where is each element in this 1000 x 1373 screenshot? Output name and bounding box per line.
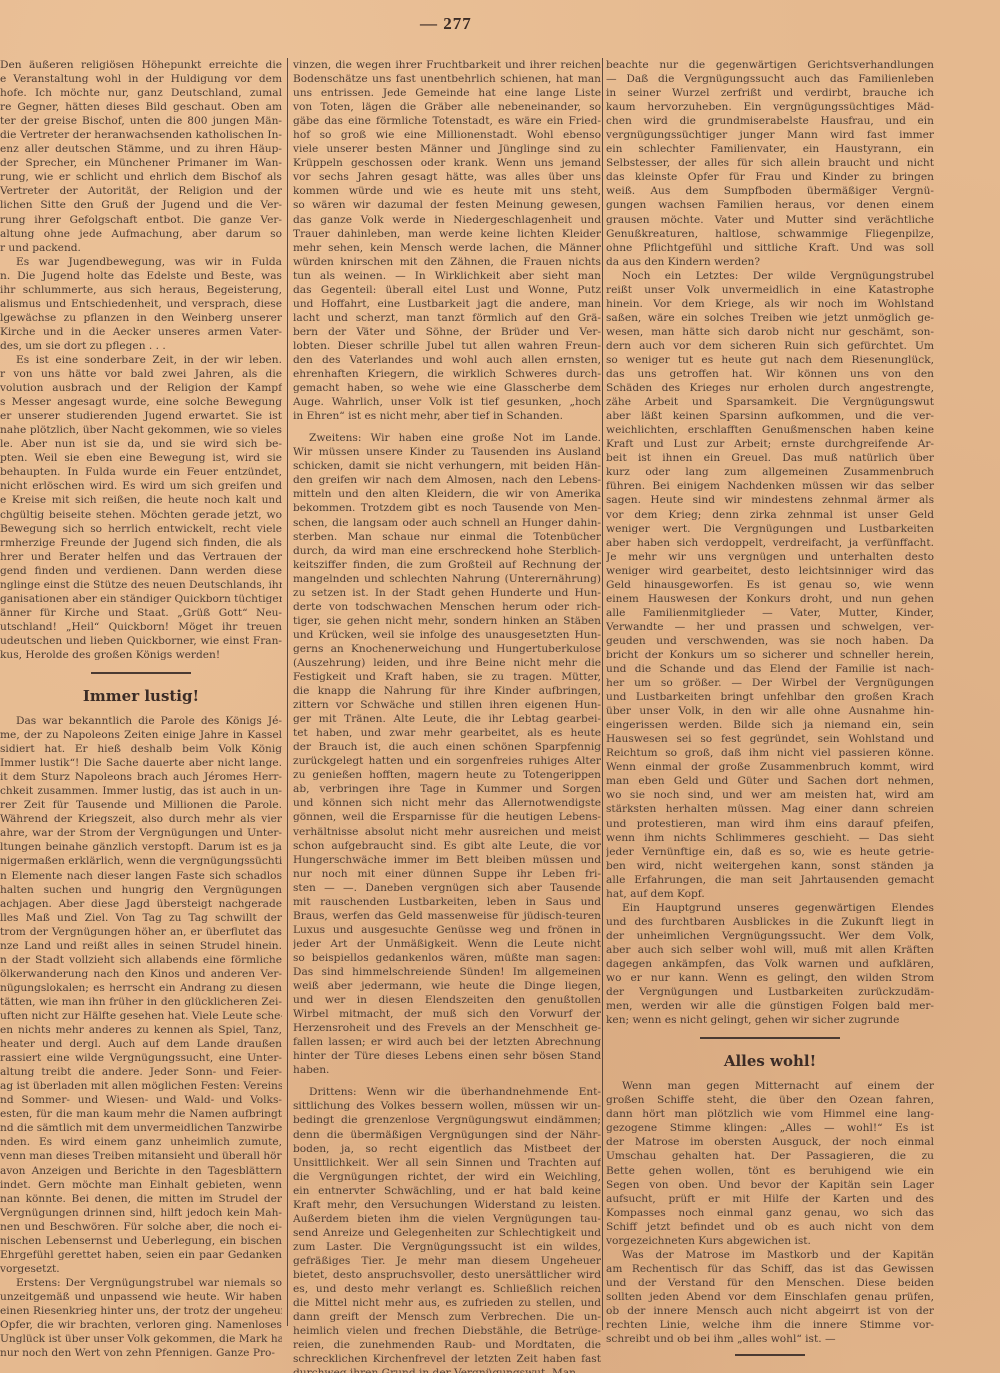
text-line: unzeitgemäß und unpassend wie heute. Wir… bbox=[0, 1290, 282, 1304]
text-line: reißt unser Volk unvermeidlich in eine K… bbox=[606, 283, 934, 297]
text-line: vorgesetzt. bbox=[0, 1262, 282, 1276]
text-line: Es war Jugendbewegung, was wir in Fulda bbox=[0, 255, 282, 269]
paragraph-gap bbox=[293, 423, 601, 431]
text-line: it dem Sturz Napoleons brach auch Jérome… bbox=[0, 770, 282, 784]
text-line: Was der Matrose im Mastkorb und der Kapi… bbox=[606, 1248, 934, 1262]
text-line: Bewegung sich so herrlich entwickelt, re… bbox=[0, 522, 282, 536]
text-line: nd Sommer- und Wiesen- und Wald- und Vol… bbox=[0, 1093, 282, 1107]
text-line: einen Riesenkrieg hinter uns, der trotz … bbox=[0, 1304, 282, 1318]
text-line: am Rechentisch für das Schiff, das ist d… bbox=[606, 1262, 934, 1276]
text-line: verhältnisse absolut nicht mehr ausreich… bbox=[293, 825, 601, 839]
text-line: Vergnügungen drinnen sind, hilft jedoch … bbox=[0, 1206, 282, 1220]
text-line: volution ausbrach und der Religion der K… bbox=[0, 381, 282, 395]
text-line: nischen Lebensernst und Ueberlegung, ein… bbox=[0, 1234, 282, 1248]
text-line: kurz oder lang zum allgemeinen Zusammenb… bbox=[606, 465, 934, 479]
text-line: Während der Kriegszeit, also durch mehr … bbox=[0, 812, 282, 826]
text-line: dagegen ankämpfen, das Volk warnen und a… bbox=[606, 957, 934, 971]
text-line: gend finden und verdienen. Dann werden d… bbox=[0, 564, 282, 578]
text-line: aber auch sich selber wohl will, muß mit… bbox=[606, 943, 934, 957]
text-line: stärksten herhalten müssen. Mag einer da… bbox=[606, 802, 934, 816]
text-line: ob der innere Mensch auch nicht abgeirrt… bbox=[606, 1304, 934, 1318]
text-line: — Daß die Vergnügungssucht auch das Fami… bbox=[606, 72, 934, 86]
text-line: führen. Bei einigem Nachdenken müssen wi… bbox=[606, 479, 934, 493]
text-line: Hauswesen sei so fest gegründet, sein Wo… bbox=[606, 732, 934, 746]
text-line: so weniger tut es heute gut nach dem Rie… bbox=[606, 353, 934, 367]
text-line: hat, auf dem Kopf. bbox=[606, 887, 934, 901]
text-line: vinzen, die wegen ihrer Fruchtbarkeit un… bbox=[293, 58, 601, 72]
text-line: achjagen. Aber diese Jagd übersteigt nac… bbox=[0, 897, 282, 911]
text-line: kaum hervorzuheben. Ein vergnügungssücht… bbox=[606, 100, 934, 114]
text-line: die Mittel nicht mehr aus, es zufrieden … bbox=[293, 1296, 601, 1310]
text-line: gemacht haben, so wehe wie eine Glassche… bbox=[293, 381, 601, 395]
text-line: tet haben, und zwar mehr gearbeitet, als… bbox=[293, 726, 601, 740]
article-separator bbox=[91, 672, 191, 674]
text-line: r und packend. bbox=[0, 241, 282, 255]
text-line: nden. Es wird einem ganz unheimlich zumu… bbox=[0, 1135, 282, 1149]
article-separator bbox=[700, 1037, 840, 1039]
text-line: und Krücken, weil sie infolge des unausg… bbox=[293, 628, 601, 642]
page-number: — 277 bbox=[420, 14, 472, 34]
text-line: gefräßiges Tier. Je mehr man diesem Unge… bbox=[293, 1254, 601, 1268]
text-line: lles Maß und Ziel. Von Tag zu Tag schwil… bbox=[0, 911, 282, 925]
text-line: die knapp die Nahrung für ihre Kinder au… bbox=[293, 684, 601, 698]
text-line: Ehrgefühl gerettet haben, seien ein paar… bbox=[0, 1248, 282, 1262]
text-line: n. Die Jugend holte das Edelste und Best… bbox=[0, 269, 282, 283]
text-line: das ganze Volk werde in Niedergeschlagen… bbox=[293, 213, 601, 227]
text-line: (Auszehrung) leiden, und ihre Beine nich… bbox=[293, 656, 601, 670]
text-line: viele unserer besten Männer und Jüngling… bbox=[293, 142, 601, 156]
text-line: Unsittlichkeit. Wer all sein Sinnen und … bbox=[293, 1156, 601, 1170]
text-line: ab, verbringen ihre Tage in Kummer und S… bbox=[293, 782, 601, 796]
paragraph: Wenn man gegen Mitternacht auf einem der… bbox=[606, 1079, 934, 1248]
text-line: der Sprecher, ein Münchener Primaner im … bbox=[0, 156, 282, 170]
text-line: reien, die zunehmenden Raub- und Mordtat… bbox=[293, 1338, 601, 1352]
column-left: Den äußeren religiösen Höhepunkt erreich… bbox=[0, 58, 282, 1360]
text-line: des, um sie dort zu pflegen . . . bbox=[0, 339, 282, 353]
text-line: so wären wir dazumal der festen Meinung … bbox=[293, 198, 601, 212]
text-line: nglinge einst die Stütze des neuen Deuts… bbox=[0, 578, 282, 592]
text-line: schreibt und ob bei ihm „alles wohl“ ist… bbox=[606, 1332, 934, 1346]
text-line: denn die übermäßigen Vergnügungen sind d… bbox=[293, 1128, 601, 1142]
text-line: gungen wachsen Familien heraus, vor dene… bbox=[606, 198, 934, 212]
text-line: weichlichten, erschlafften Genußmenschen… bbox=[606, 423, 934, 437]
text-line: vor dem Krieg; denn zirka zehnmal ist un… bbox=[606, 508, 934, 522]
paragraph: Drittens: Wenn wir die überhandnehmende … bbox=[293, 1085, 601, 1373]
text-line: die Vergnügungen richtet, der wird ein W… bbox=[293, 1170, 601, 1184]
text-line: Den äußeren religiösen Höhepunkt erreich… bbox=[0, 58, 282, 72]
paragraph: Zweitens: Wir haben eine große Not im La… bbox=[293, 431, 601, 1077]
text-line: großen Schiffe steht, die über den Ozean… bbox=[606, 1093, 934, 1107]
paragraph: Das war bekanntlich die Parole des König… bbox=[0, 714, 282, 1276]
text-line: ihr schlummerte, aus sich heraus, Begeis… bbox=[0, 283, 282, 297]
article-headline: Alles wohl! bbox=[606, 1043, 934, 1079]
text-line: man eben Geld und Güter und Sachen dort … bbox=[606, 774, 934, 788]
text-line: zum Laster. Die Vergnügungssucht ist ein… bbox=[293, 1240, 601, 1254]
text-line: zurückgelegt hatten und ein sorgenfreies… bbox=[293, 754, 601, 768]
column-middle: vinzen, die wegen ihrer Fruchtbarkeit un… bbox=[293, 58, 601, 1373]
text-line: dann hört man plötzlich wie vom Himmel e… bbox=[606, 1107, 934, 1121]
text-line: und können sich nicht mehr das Allernotw… bbox=[293, 796, 601, 810]
text-line: nicht erlöschen wird. Es wird um sich gr… bbox=[0, 479, 282, 493]
text-line: ein entnervter Schwächling, und er hat b… bbox=[293, 1184, 601, 1198]
text-line: ahre, war der Strom der Vergnügungen und… bbox=[0, 826, 282, 840]
article-end-rule bbox=[735, 1354, 805, 1356]
text-line: en nichts mehr anderes zu kennen als Spi… bbox=[0, 1023, 282, 1037]
text-line: enz aller deutschen Stämme, und zu ihren… bbox=[0, 142, 282, 156]
text-line: Selbstesser, der alles für sich allein b… bbox=[606, 156, 934, 170]
text-line: lichen Sitte den Gruß der Jugend und die… bbox=[0, 198, 282, 212]
text-line: indet. Gern möchte man Einhalt gebieten,… bbox=[0, 1178, 282, 1192]
text-line: chgültig beiseite stehen. Möchten gerade… bbox=[0, 508, 282, 522]
text-line: sollten jeden Abend vor dem Einschlafen … bbox=[606, 1290, 934, 1304]
text-line: die Vertreter der heranwachsenden kathol… bbox=[0, 128, 282, 142]
text-line: kus, Herolde des großen Königs werden! bbox=[0, 648, 282, 662]
text-line: chkeit zusammen. Immer lustig, das ist a… bbox=[0, 784, 282, 798]
text-line: Umschau gehalten hat. Der Passagieren, d… bbox=[606, 1149, 934, 1163]
text-line: beit ist ihnen ein Greuel. Das muß natür… bbox=[606, 451, 934, 465]
text-line: schrecklichen Kirchenfrevel der letzten … bbox=[293, 1352, 601, 1366]
text-line: weniger wert. Die Vergnügungen und Lustb… bbox=[606, 522, 934, 536]
text-line: Wenn einmal der große Zusammenbruch komm… bbox=[606, 760, 934, 774]
text-line: e Veranstaltung wohl in der Huldigung vo… bbox=[0, 72, 282, 86]
text-line: r von uns hätte vor bald zwei Jahren, al… bbox=[0, 367, 282, 381]
text-line: Vertreter der Autorität, der Religion un… bbox=[0, 184, 282, 198]
text-line: re Gegner, hätten dieses Bild geschaut. … bbox=[0, 100, 282, 114]
text-line: schon aufgebraucht sind. Es gibt alte Le… bbox=[293, 839, 601, 853]
text-line: Kirche und in die Aecker unseres armen V… bbox=[0, 325, 282, 339]
text-line: chen wird die grundmiserabelste Hausfrau… bbox=[606, 114, 934, 128]
paragraph: vinzen, die wegen ihrer Fruchtbarkeit un… bbox=[293, 58, 601, 423]
paragraph: Noch ein Letztes: Der wilde Vergnügungst… bbox=[606, 269, 934, 901]
text-line: Schiff jetzt befindet und ob es auch nic… bbox=[606, 1220, 934, 1234]
text-line: lobten. Dieser schrille Jubel tut allen … bbox=[293, 339, 601, 353]
text-line: kommen würde und wie es heute mit uns st… bbox=[293, 184, 601, 198]
text-line: so beispiellos gedankenlos wären, müßte … bbox=[293, 951, 601, 965]
text-line: Segen von oben. Und bevor der Kapitän se… bbox=[606, 1178, 934, 1192]
text-line: rer Zeit für Tausende und Millionen die … bbox=[0, 798, 282, 812]
column-divider bbox=[287, 58, 288, 1326]
text-line: heater und dergl. Auch auf dem Lande dra… bbox=[0, 1037, 282, 1051]
text-line: Verwandte — her und prassen und schwelge… bbox=[606, 620, 934, 634]
text-line: behaupten. In Fulda wurde ein Feuer entz… bbox=[0, 465, 282, 479]
text-line: ein schlechter Familienvater, ein Hausty… bbox=[606, 142, 934, 156]
text-line: Kraft mehr, den Versuchungen Widerstand … bbox=[293, 1198, 601, 1212]
text-line: in seiner Wurzel zerfrißt und verdirbt, … bbox=[606, 86, 934, 100]
text-line: sagen. Heute sind wir mindestens zehnmal… bbox=[606, 493, 934, 507]
column-divider bbox=[602, 58, 603, 1330]
text-line: bedingt die grenzenlose Vergnügungswut e… bbox=[293, 1113, 601, 1127]
text-line: durchweg ihren Grund in der Vergnügungsw… bbox=[293, 1366, 601, 1373]
text-line: ter der greise Bischof, unten die 800 ju… bbox=[0, 114, 282, 128]
text-line: tiger, sie gehen nicht mehr, sondern hin… bbox=[293, 614, 601, 628]
text-line: der unheimlichen Vergnügungssucht. Wer d… bbox=[606, 929, 934, 943]
text-line: saßen, wäre ein solches Treiben wie jetz… bbox=[606, 311, 934, 325]
text-line: Immer lustik“! Die Sache dauerte aber ni… bbox=[0, 756, 282, 770]
text-line: wenn ihm nichts Schlimmeres geschieht. —… bbox=[606, 831, 934, 845]
text-line: bricht der Konkurs um so sicherer und sc… bbox=[606, 648, 934, 662]
text-line: keitsziffer finden, die zum Großteil auf… bbox=[293, 558, 601, 572]
text-line: Luxus und ausgesuchte Genüsse weg und fr… bbox=[293, 923, 601, 937]
text-line: esten, für die man kaum mehr die Namen a… bbox=[0, 1107, 282, 1121]
text-line: trom der Vergnügungen höher an, er überf… bbox=[0, 925, 282, 939]
text-line: Bodenschätze uns fast unentbehrlich schi… bbox=[293, 72, 601, 86]
text-line: dern auch vor dem sicheren Ruin sich gef… bbox=[606, 339, 934, 353]
text-line: das Gegenteil: überall eitel Lust und Wo… bbox=[293, 283, 601, 297]
paragraph: Ein Hauptgrund unseres gegenwärtigen Ele… bbox=[606, 901, 934, 1027]
text-line: lgewächse zu pflanzen in den Weinberg un… bbox=[0, 311, 282, 325]
text-line: heimlich vielen und frechen Diebstähle, … bbox=[293, 1324, 601, 1338]
text-line: aber haben sich verdoppelt, verdreifacht… bbox=[606, 536, 934, 550]
text-line: schen, die langsam oder auch schnell an … bbox=[293, 516, 601, 530]
text-line: und protestieren, man wird ihm eins dara… bbox=[606, 817, 934, 831]
text-line: n der Stadt vollzieht sich allabends ein… bbox=[0, 953, 282, 967]
text-line: nur noch den Wert von zehn Pfennigen. Ga… bbox=[0, 1346, 282, 1360]
text-line: derte von todschwachen Menschen herum od… bbox=[293, 600, 601, 614]
text-line: und des furchtbaren Ausblickes in die Zu… bbox=[606, 915, 934, 929]
text-line: nügungslokalen; es herrscht ein Andrang … bbox=[0, 981, 282, 995]
text-line: tätten, wie man ihn früher in den glückl… bbox=[0, 995, 282, 1009]
text-line: zähe Arbeit und Sparsamkeit. Die Vergnüg… bbox=[606, 395, 934, 409]
text-line: jeder Vernünftige ein, daß es so, wie es… bbox=[606, 845, 934, 859]
text-line: Festigkeit und Kraft haben, sie zu trage… bbox=[293, 670, 601, 684]
text-line: Das war bekanntlich die Parole des König… bbox=[0, 714, 282, 728]
text-line: der Matrose im obersten Ausguck, der noc… bbox=[606, 1135, 934, 1149]
text-line: alle Erfahrungen, die man seit Jahrtause… bbox=[606, 873, 934, 887]
text-line: nen und Beschwören. Für solche aber, die… bbox=[0, 1220, 282, 1234]
text-line: pten. Weil sie eben eine Bewegung ist, w… bbox=[0, 451, 282, 465]
text-line: alle Familienmitglieder — Vater, Mutter,… bbox=[606, 606, 934, 620]
text-line: Das sind himmelschreiende Sünden! Im all… bbox=[293, 965, 601, 979]
text-line: hinein. Vor dem Kriege, als wir noch im … bbox=[606, 297, 934, 311]
text-line: her um so größer. — Der Wirbel der Vergn… bbox=[606, 676, 934, 690]
text-line: udeutschen und lieben Quickborner, wie e… bbox=[0, 634, 282, 648]
text-line: boden, ja, so recht eigentlich das Mistb… bbox=[293, 1142, 601, 1156]
text-line: hofe. Ich möchte nur, ganz Deutschland, … bbox=[0, 86, 282, 100]
text-line: der Vergnügungen und Lustbarkeiten zurüc… bbox=[606, 985, 934, 999]
text-line: ohne Pflichtgefühl und sittliche Kraft. … bbox=[606, 241, 934, 255]
text-line: nan könnte. Bei denen, die mitten im Str… bbox=[0, 1192, 282, 1206]
text-line: altung treibt die andere. Jeder Sonn- un… bbox=[0, 1065, 282, 1079]
text-line: in Ehren“ ist es nicht mehr, aber tief i… bbox=[293, 409, 601, 423]
text-line: n Elemente nach dieser langen Faste sich… bbox=[0, 869, 282, 883]
text-line: beachte nur die gegenwärtigen Gerichtsve… bbox=[606, 58, 934, 72]
paragraph: Was der Matrose im Mastkorb und der Kapi… bbox=[606, 1248, 934, 1346]
text-line: vor sechs Jahren gesagt hätte, was alles… bbox=[293, 170, 601, 184]
text-line: den greifen wir nach dem Almosen, nach d… bbox=[293, 473, 601, 487]
text-line: s Messer angesagt wurde, eine solche Bew… bbox=[0, 395, 282, 409]
paragraph: Es ist eine sonderbare Zeit, in der wir … bbox=[0, 353, 282, 662]
text-line: Trauer dahinleben, man werde keine licht… bbox=[293, 227, 601, 241]
text-line: Wenn man gegen Mitternacht auf einem der bbox=[606, 1079, 934, 1093]
paragraph: Den äußeren religiösen Höhepunkt erreich… bbox=[0, 58, 282, 255]
text-line: hinter der Türe dieses Lebens einen sehr… bbox=[293, 1049, 601, 1063]
text-line: aber läßt keinen Sparsinn aufkommen, und… bbox=[606, 409, 934, 423]
text-line: hrer und Berater helfen und das Vertraue… bbox=[0, 550, 282, 564]
text-line: Hungerschwäche immer im Bett bleiben müs… bbox=[293, 853, 601, 867]
text-line: fallen lassen; er wird auch bei der letz… bbox=[293, 1035, 601, 1049]
text-line: Kompasses noch einmal ganz genau, wo sic… bbox=[606, 1206, 934, 1220]
text-line: änner für Kirche und Staat. „Grüß Gott“ … bbox=[0, 606, 282, 620]
text-line: nd die sämtlich mit dem unvermeidlichen … bbox=[0, 1121, 282, 1135]
text-line: er unserer studierenden Jugend erwartet.… bbox=[0, 409, 282, 423]
paragraph: beachte nur die gegenwärtigen Gerichtsve… bbox=[606, 58, 934, 269]
text-line: gäbe das eine förmliche Totenstadt, es w… bbox=[293, 114, 601, 128]
text-line: mitteln und den alten Kleidern, die wir … bbox=[293, 487, 601, 501]
text-line: alismus und Entschiedenheit, und verspra… bbox=[0, 297, 282, 311]
text-line: Je mehr wir uns vergnügen und unterhalte… bbox=[606, 550, 934, 564]
text-line: Kraft und Lust zur Arbeit; ernste durchg… bbox=[606, 437, 934, 451]
text-line: hof so groß wie eine Millionenstadt. Woh… bbox=[293, 128, 601, 142]
paragraph-gap bbox=[293, 1077, 601, 1085]
text-line: wo sie noch sind, und wer am meisten hat… bbox=[606, 788, 934, 802]
text-line: ölkerwanderung nach den Kinos und andere… bbox=[0, 967, 282, 981]
text-line: nur noch mit einer dünnen Suppe ihr Lebe… bbox=[293, 867, 601, 881]
text-line: Auge. Wahrlich, unser Volk ist tief gesu… bbox=[293, 395, 601, 409]
text-line: Bette gehen wollen, tönt es beruhigend w… bbox=[606, 1164, 934, 1178]
text-line: Wirbel mitmacht, der muß sich den Vorwur… bbox=[293, 1007, 601, 1021]
text-line: jeder Art der Unmäßigkeit. Wenn die Leut… bbox=[293, 937, 601, 951]
text-line: utschland! „Heil“ Quickborn! Möget ihr t… bbox=[0, 620, 282, 634]
text-line: weiß. Aus dem Sumpfboden übermäßiger Ver… bbox=[606, 184, 934, 198]
text-line: einem Hauswesen der Konkurs droht, und n… bbox=[606, 592, 934, 606]
text-line: halten suchen und hungrig den Vergnügung… bbox=[0, 883, 282, 897]
text-line: Genußkreaturen, haltlose, schwammige Fli… bbox=[606, 227, 934, 241]
text-line: uften nicht zur Hälfte gesehen hat. Viel… bbox=[0, 1009, 282, 1023]
text-line: eingerissen werden. Bilde sich ja nieman… bbox=[606, 718, 934, 732]
text-line: Krüppeln geschossen oder krank. Wenn uns… bbox=[293, 156, 601, 170]
text-line: Zweitens: Wir haben eine große Not im La… bbox=[293, 431, 601, 445]
text-line: gerns an Knochenerweichung und Hungertub… bbox=[293, 642, 601, 656]
text-line: Wir müssen unsere Kinder zu Tausenden in… bbox=[293, 445, 601, 459]
text-line: vorgezeichneten Kurs abgewichen ist. bbox=[606, 1234, 934, 1248]
text-line: nze Land und reißt alles in seinen Strud… bbox=[0, 939, 282, 953]
text-line: grausen möchte. Vater und Mutter sind ve… bbox=[606, 213, 934, 227]
text-line: das kleinste Opfer für Frau und Kinder z… bbox=[606, 170, 934, 184]
text-line: Opfer, die wir brachten, verloren ging. … bbox=[0, 1318, 282, 1332]
text-line: mangelnden und schlechten Nahrung (Unter… bbox=[293, 572, 601, 586]
text-line: geuden und verschwenden, was sie noch ha… bbox=[606, 634, 934, 648]
text-line: Ein Hauptgrund unseres gegenwärtigen Ele… bbox=[606, 901, 934, 915]
text-line: Erstens: Der Vergnügungstrubel war niema… bbox=[0, 1276, 282, 1290]
text-line: ehrenhaften Kriegern, die wirklich Schwe… bbox=[293, 367, 601, 381]
text-line: dann greift der Mensch zum Verbrechen. D… bbox=[293, 1310, 601, 1324]
text-line: sterben. Man schaue nur einmal die Toten… bbox=[293, 530, 601, 544]
text-line: und wer in diesen Elendszeiten den genuß… bbox=[293, 993, 601, 1007]
text-line: wo er nur kann. Wenn es gelingt, den wil… bbox=[606, 971, 934, 985]
text-line: tun als weinen. — In Wirklichkeit aber s… bbox=[293, 269, 601, 283]
text-line: über unser Volk, in den wir alle ohne Au… bbox=[606, 704, 934, 718]
text-line: der Brauch ist, die auch einen schönen S… bbox=[293, 740, 601, 754]
text-line: den des Vaterlandes und wohl auch allen … bbox=[293, 353, 601, 367]
text-line: rassiert eine wilde Vergnügungssucht, ei… bbox=[0, 1051, 282, 1065]
text-line: würden knirschen mit den Zähnen, die Fra… bbox=[293, 255, 601, 269]
text-line: weiß aber jedermann, wie heute die Dinge… bbox=[293, 979, 601, 993]
text-line: ger mit Tränen. Alte Leute, die ihr Lebt… bbox=[293, 712, 601, 726]
text-line: schicken, damit sie nicht verhungern, mi… bbox=[293, 459, 601, 473]
article-headline: Immer lustig! bbox=[0, 678, 282, 714]
text-line: und Lustbarkeiten bringt unfehlbar den g… bbox=[606, 690, 934, 704]
text-line: lacht und scherzt, man tanzt förmlich au… bbox=[293, 311, 601, 325]
text-line: sten — —. Daneben vergnügen sich aber Ta… bbox=[293, 881, 601, 895]
text-line: uns entrissen. Jede Gemeinde hat eine la… bbox=[293, 86, 601, 100]
text-line: ag ist überladen mit allen möglichen Fes… bbox=[0, 1079, 282, 1093]
text-line: und Hoffahrt, eine Lustbarkeit jagt die … bbox=[293, 297, 601, 311]
text-line: haben. bbox=[293, 1063, 601, 1077]
text-line: weniger wird gearbeitet, desto leichtsin… bbox=[606, 564, 934, 578]
paragraph: Erstens: Der Vergnügungstrubel war niema… bbox=[0, 1276, 282, 1360]
text-line: Noch ein Letztes: Der wilde Vergnügungst… bbox=[606, 269, 934, 283]
text-line: le. Aber nun ist sie da, und sie wird si… bbox=[0, 437, 282, 451]
text-line: rechten Linie, welche ihm die innere Sti… bbox=[606, 1318, 934, 1332]
text-line: sittlichung des Volkes bessern wollen, m… bbox=[293, 1099, 601, 1113]
text-line: vergnügungssüchtiger junger Mann wird fa… bbox=[606, 128, 934, 142]
text-line: mehr sehen, kein Mensch werde lachen, di… bbox=[293, 241, 601, 255]
text-line: und die Schande und das Elend der Famili… bbox=[606, 662, 934, 676]
text-line: mit rauschenden Lustbarkeiten, leben in … bbox=[293, 895, 601, 909]
text-line: e Kreise mit sich reißen, die heute noch… bbox=[0, 493, 282, 507]
text-line: Geld hinausgeworfen. Es ist genau so, wi… bbox=[606, 578, 934, 592]
text-line: wesen, man hätte sich darob nicht nur ge… bbox=[606, 325, 934, 339]
text-line: und der Verstand für den Menschen. Diese… bbox=[606, 1276, 934, 1290]
text-line: men, werden wir alle die günstigen Folge… bbox=[606, 999, 934, 1013]
text-line: sidiert hat. Er hieß deshalb beim Volk K… bbox=[0, 742, 282, 756]
text-line: zittern vor Schwäche und stillen ihren e… bbox=[293, 698, 601, 712]
text-line: bekommen. Trotzdem gibt es noch Tausende… bbox=[293, 501, 601, 515]
text-line: zu genießen hofften, magern heute zu Tot… bbox=[293, 768, 601, 782]
text-line: ken; wenn es nicht gelingt, gehen wir si… bbox=[606, 1013, 934, 1027]
text-line: ltungen beinahe gänzlich verstopft. Daru… bbox=[0, 840, 282, 854]
text-line: ganisationen aber ein ständiger Quickbor… bbox=[0, 592, 282, 606]
text-line: me, der zu Napoleons Zeiten einige Jahre… bbox=[0, 728, 282, 742]
text-line: Reichtum so groß, daß ihm nicht viel pas… bbox=[606, 746, 934, 760]
column-right: beachte nur die gegenwärtigen Gerichtsve… bbox=[606, 58, 934, 1360]
text-line: bietet, desto anspruchsvoller, desto une… bbox=[293, 1268, 601, 1282]
text-line: rung, wie er schlicht und ehrlich dem Bi… bbox=[0, 170, 282, 184]
text-line: rmherzige Freunde der Jugend sich finden… bbox=[0, 536, 282, 550]
text-line: Außerdem bieten ihm die vielen Vergnügun… bbox=[293, 1212, 601, 1226]
paragraph: Es war Jugendbewegung, was wir in Fuldan… bbox=[0, 255, 282, 353]
text-line: nahe plötzlich, über Nacht gekommen, wie… bbox=[0, 423, 282, 437]
text-line: gönnen, weil die Ersparnisse für die heu… bbox=[293, 810, 601, 824]
text-line: da aus den Kindern werden? bbox=[606, 255, 934, 269]
text-line: altung ohne jede Aufmachung, aber darum … bbox=[0, 227, 282, 241]
text-line: Unglück ist über unser Volk gekommen, di… bbox=[0, 1332, 282, 1346]
text-line: gezogene Stimme klingen: „Alles — wohl!“… bbox=[606, 1121, 934, 1135]
text-line: durch, da wird man eine erschreckend hoh… bbox=[293, 544, 601, 558]
text-line: Es ist eine sonderbare Zeit, in der wir … bbox=[0, 353, 282, 367]
text-line: Herzensroheit und des Frevels an der Men… bbox=[293, 1021, 601, 1035]
text-line: zu setzen ist. In der Stadt gehen Hunder… bbox=[293, 586, 601, 600]
text-line: venn man dieses Treiben mitansieht und ü… bbox=[0, 1149, 282, 1163]
text-line: Braus, werfen das Geld massenweise für j… bbox=[293, 909, 601, 923]
text-line: avon Anzeigen und Berichte in den Tagesb… bbox=[0, 1164, 282, 1178]
text-line: es, und desto mehr verlangt es. Schließl… bbox=[293, 1282, 601, 1296]
text-line: rung ihrer Gefolgschaft entbot. Die ganz… bbox=[0, 213, 282, 227]
text-line: aufsucht, prüft er mit Hilfe der Karten … bbox=[606, 1192, 934, 1206]
text-line: Schäden des Krieges nur erholen durch an… bbox=[606, 381, 934, 395]
text-line: nigermaßen erklärlich, wenn die vergnügu… bbox=[0, 854, 282, 868]
text-line: das uns getroffen hat. Wir können uns vo… bbox=[606, 367, 934, 381]
text-line: von Toten, lägen die Gräber alle nebenei… bbox=[293, 100, 601, 114]
text-line: send Anreize und Gelegenheiten zur Schle… bbox=[293, 1226, 601, 1240]
text-line: Drittens: Wenn wir die überhandnehmende … bbox=[293, 1085, 601, 1099]
text-line: bern der Väter und Söhne, der Brüder und… bbox=[293, 325, 601, 339]
text-line: ben wird, nicht weitergehen kann, sonst … bbox=[606, 859, 934, 873]
